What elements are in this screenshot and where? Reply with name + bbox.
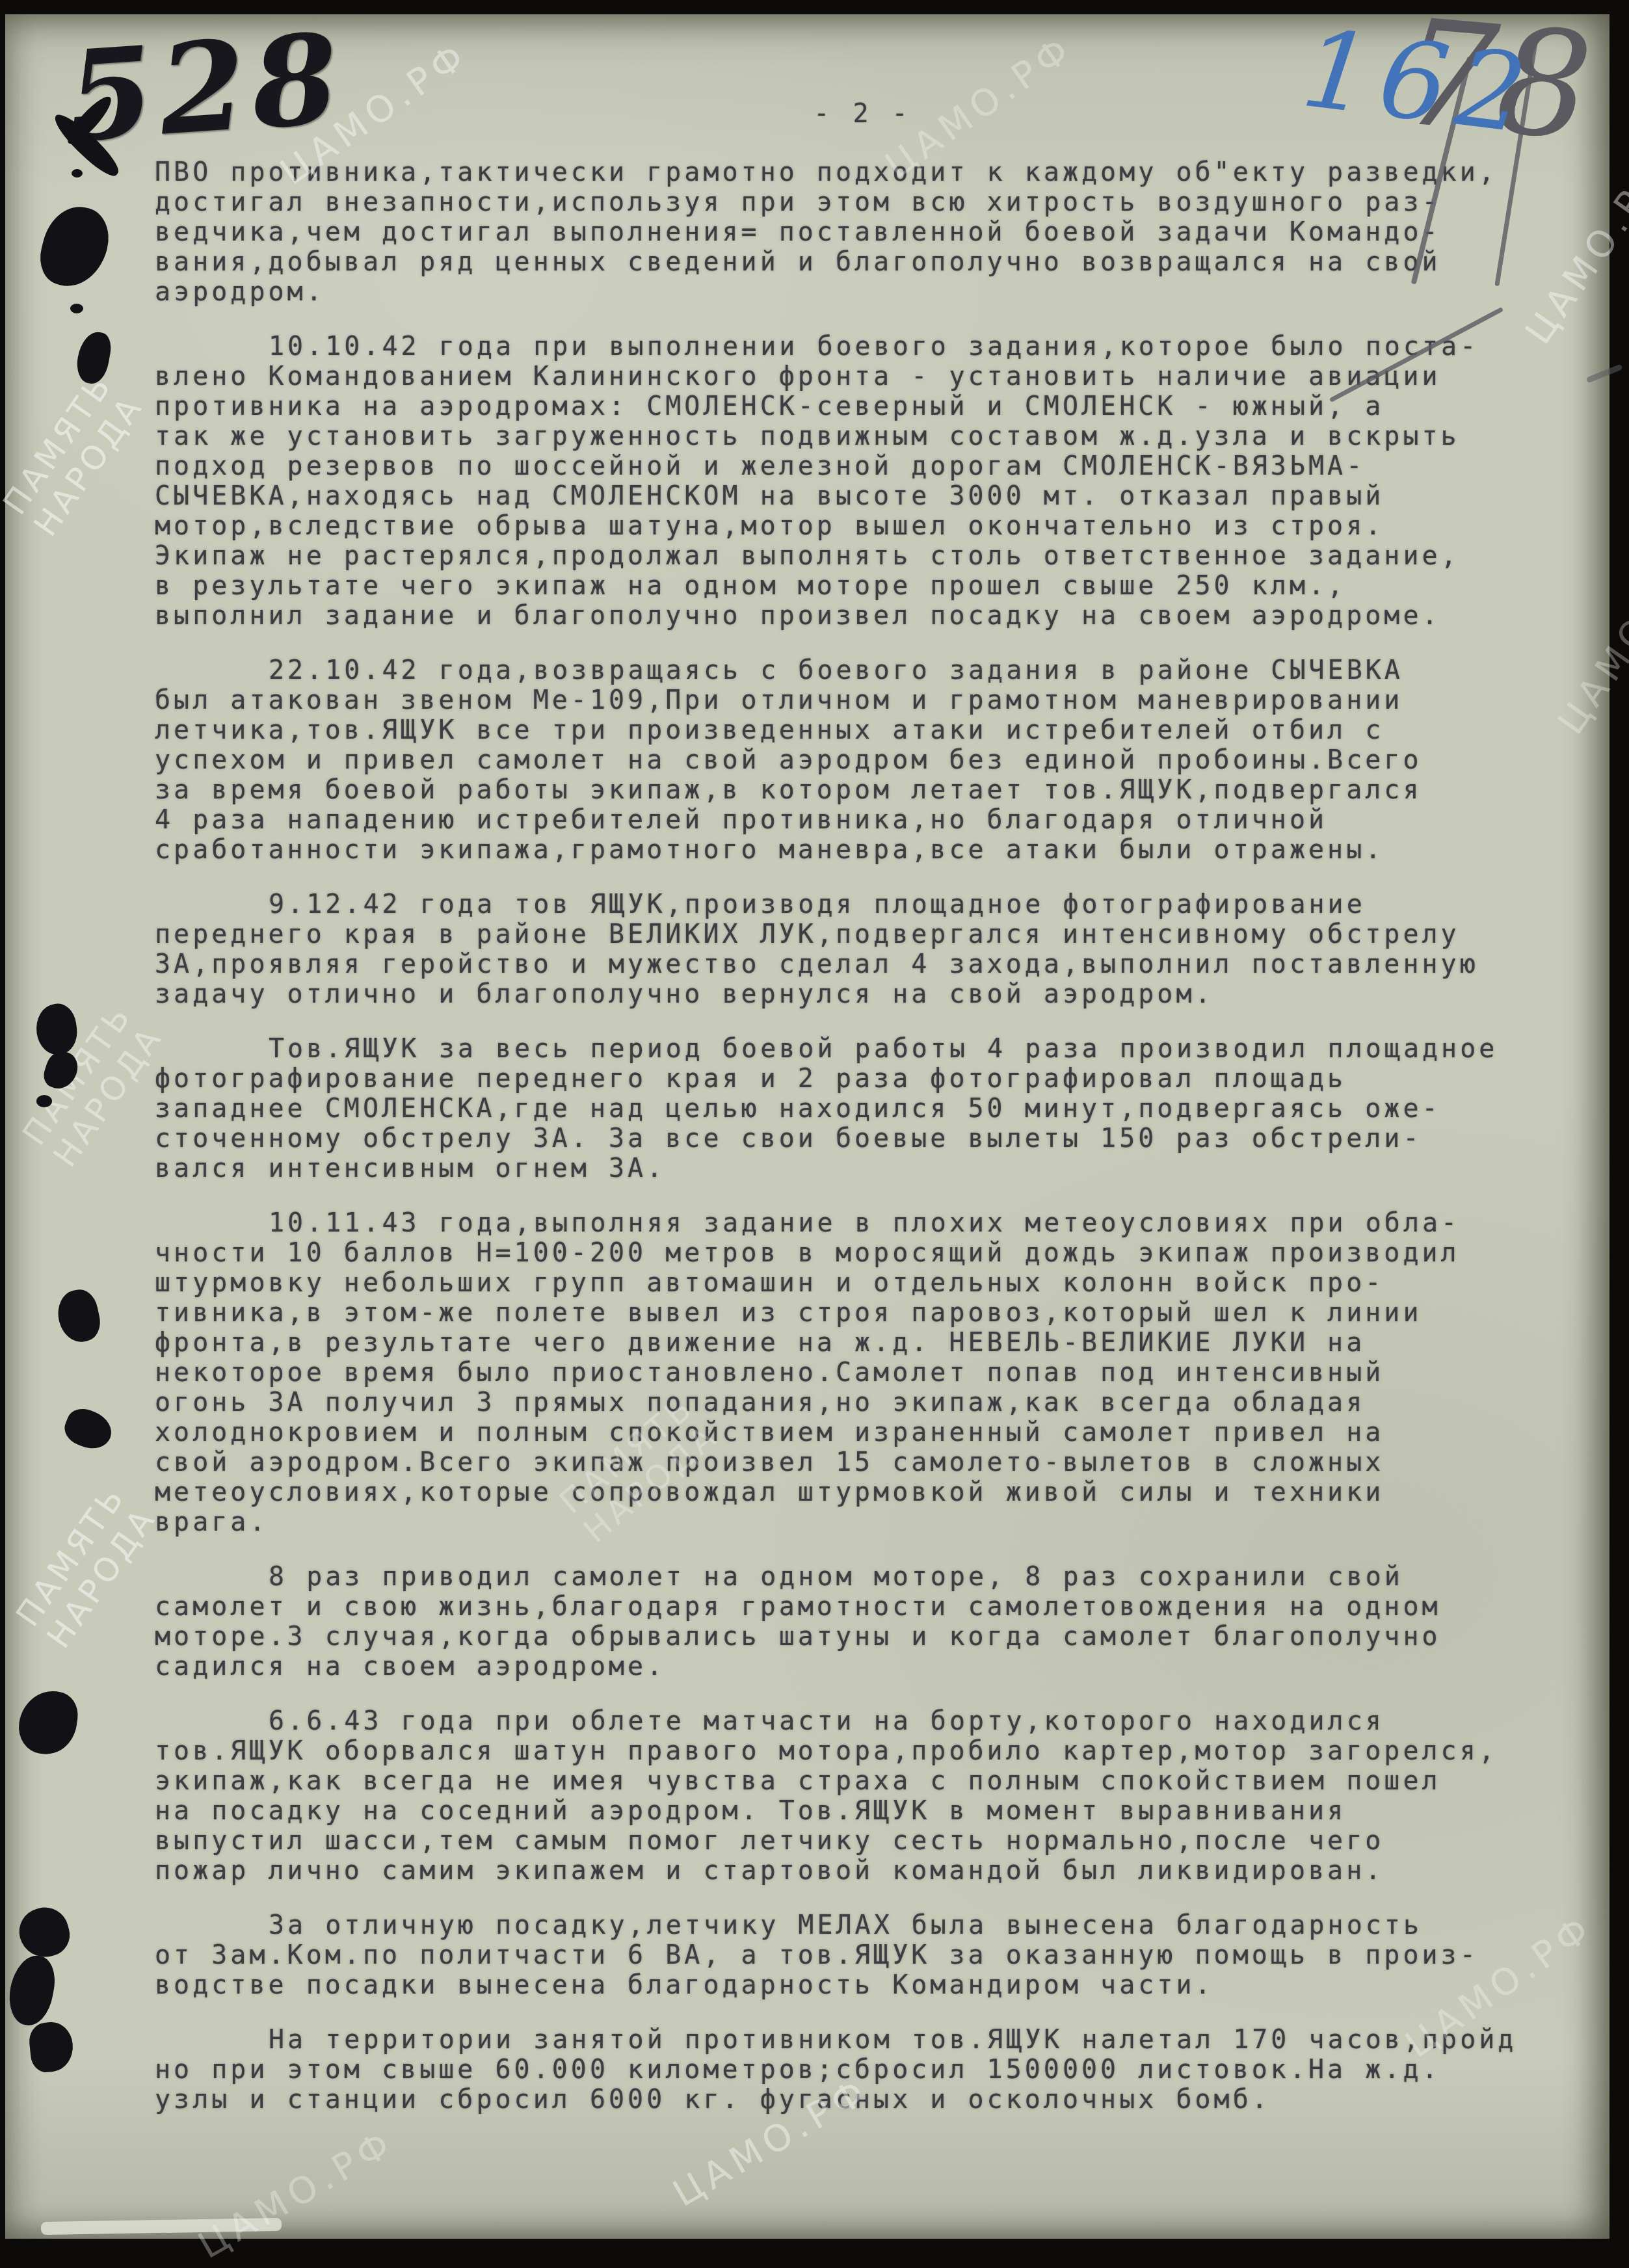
typed-paragraph: Тов.ЯЩУК за весь период боевой работы 4 … [155,1034,1570,1183]
typed-paragraph: 10.10.42 года при выполнении боевого зад… [155,332,1570,631]
torn-edge-highlight [41,2218,282,2235]
punch-hole [5,1952,59,2029]
typed-paragraph: 8 раз приводил самолет на одном моторе, … [155,1562,1570,1681]
archive-watermark: ПАМЯТЬ НАРОДА [2,1468,172,1666]
ink-blot [70,304,83,313]
archive-watermark: ПАМЯТЬ НАРОДА [0,356,158,554]
punch-hole [53,1286,103,1345]
punch-hole [14,1902,74,1962]
archive-watermark: ЦАМО.РФ [191,2121,402,2267]
typed-paragraph: На территории занятой противником тов.ЯЩ… [155,2025,1570,2115]
ink-blot [34,200,115,294]
ink-blot [73,329,113,386]
typed-paragraph: 10.11.43 года,выполняя задание в плохих … [155,1208,1570,1537]
typed-paragraph: 6.6.43 года при облете матчасти на борту… [155,1706,1570,1886]
archive-watermark: ПАМЯТЬ НАРОДА [8,987,178,1185]
handwritten-page-number-528: 528 [63,16,349,159]
punch-hole [33,1001,80,1057]
typed-paragraph: 22.10.42 года,возвращаясь с боевого зада… [155,655,1570,865]
typed-text-block: ПВО противника,тактически грамотно подхо… [155,157,1570,2115]
punch-hole [60,1404,117,1455]
punch-hole [16,1687,81,1758]
handwritten-blue-number-162: 162 [1297,15,1540,150]
paper-sheet: ЦАМО.РФ ЦАМО.РФ ЦАМО.РФ ПАМЯТЬ НАРОДА ПА… [5,14,1609,2239]
ink-blot [72,169,83,178]
pencil-mark [1585,363,1622,383]
typed-paragraph: ПВО противника,тактически грамотно подхо… [155,157,1570,307]
typed-paragraph: 9.12.42 года тов ЯЩУК,производя площадно… [155,890,1570,1009]
ink-blot [36,1095,52,1107]
scanned-document-page: ЦАМО.РФ ЦАМО.РФ ЦАМО.РФ ПАМЯТЬ НАРОДА ПА… [0,0,1629,2268]
punch-hole [27,2020,75,2074]
typed-paragraph: За отличную посадку,летчику МЕЛАХ была в… [155,1910,1570,2000]
punch-hole [40,1048,82,1093]
